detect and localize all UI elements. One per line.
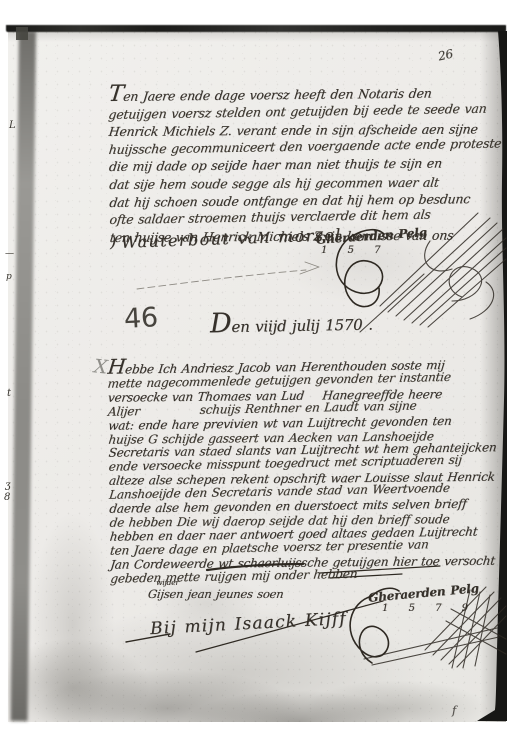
- act1-text-block: Ten Jaere ende dage voersz heeft den Not…: [107, 84, 489, 246]
- interline-note: wijder: [156, 578, 179, 587]
- act-number: 46: [123, 302, 159, 335]
- paper-sheet: 26 Ten Jaere ende dage voersz heeft den …: [8, 26, 506, 722]
- act2-date-heading: Den viijd julij 1570 .: [210, 316, 373, 337]
- act2-notary-signature: Gheraerden Pelg: [368, 581, 480, 605]
- margin-mark: L: [9, 120, 16, 131]
- margin-mark: ʒ: [5, 480, 11, 491]
- margin-mark: —: [5, 249, 14, 259]
- act1-notary-year: 1 5 7: [321, 245, 388, 256]
- page-top-edge-shadow: [6, 25, 506, 32]
- corner-mark: f: [452, 704, 456, 717]
- signature-paren-mark: ): [110, 232, 116, 251]
- act2-text-block: Hebbe Ich Andriesz Jacob van Herenthoude…: [106, 358, 501, 586]
- margin-mark: p: [6, 272, 12, 282]
- act2-notary-year: 1 5 7 9: [382, 603, 476, 614]
- act2-closing-line: Gijsen jean jeunes soen: [147, 587, 284, 601]
- act2-clerk-signature: Bij mijn Isaack Kijff: [150, 609, 348, 639]
- folio-number: 26: [437, 47, 454, 64]
- margin-mark: t: [7, 388, 11, 399]
- margin-mark: 8: [4, 492, 10, 503]
- scanned-manuscript-page: 26 Ten Jaere ende dage voersz heeft den …: [0, 0, 512, 754]
- manuscript-line: die mij dade op seijde haer man niet thu…: [108, 154, 490, 176]
